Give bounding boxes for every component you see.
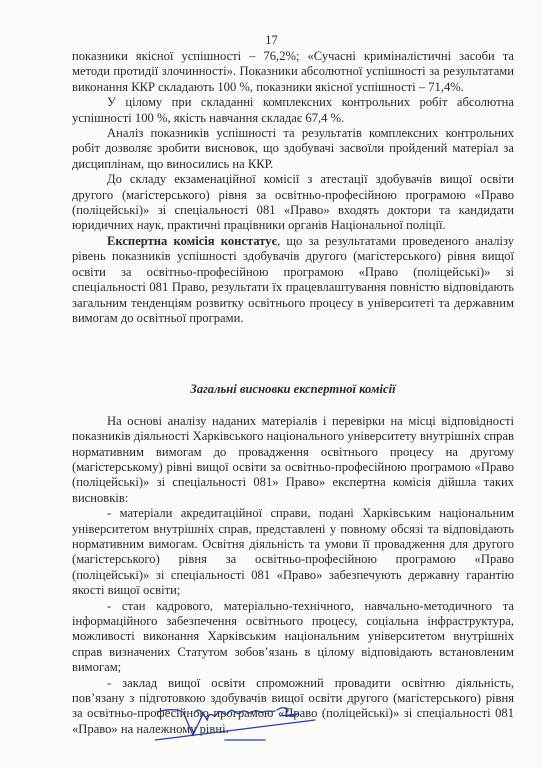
conclusions-intro: На основі аналізу наданих матеріалів і п… — [72, 414, 514, 506]
document-body: показники якісної успішності – 76,2%; «С… — [72, 49, 514, 737]
signature-icon — [155, 700, 335, 745]
section-heading: Загальні висновки експертної комісії — [72, 382, 514, 397]
paragraph-success-rates: показники якісної успішності – 76,2%; «С… — [72, 49, 514, 95]
paragraph-expert-statement: Експертна комісія констатує, що за резул… — [72, 234, 514, 326]
conclusion-item: - матеріали акредитаційної справи, подан… — [72, 506, 514, 598]
conclusion-item: - стан кадрового, матеріально-технічного… — [72, 599, 514, 676]
document-page: 17 показники якісної успішності – 76,2%;… — [0, 0, 543, 768]
paragraph-overall-success: У цілому при складанні комплексних контр… — [72, 95, 514, 126]
paragraph-analysis: Аналіз показників успішності та результа… — [72, 126, 514, 172]
page-number: 17 — [0, 33, 543, 48]
paragraph-exam-commission: До складу екзаменаційної комісії з атест… — [72, 172, 514, 234]
expert-statement-lead: Експертна комісія констатує — [107, 234, 277, 248]
